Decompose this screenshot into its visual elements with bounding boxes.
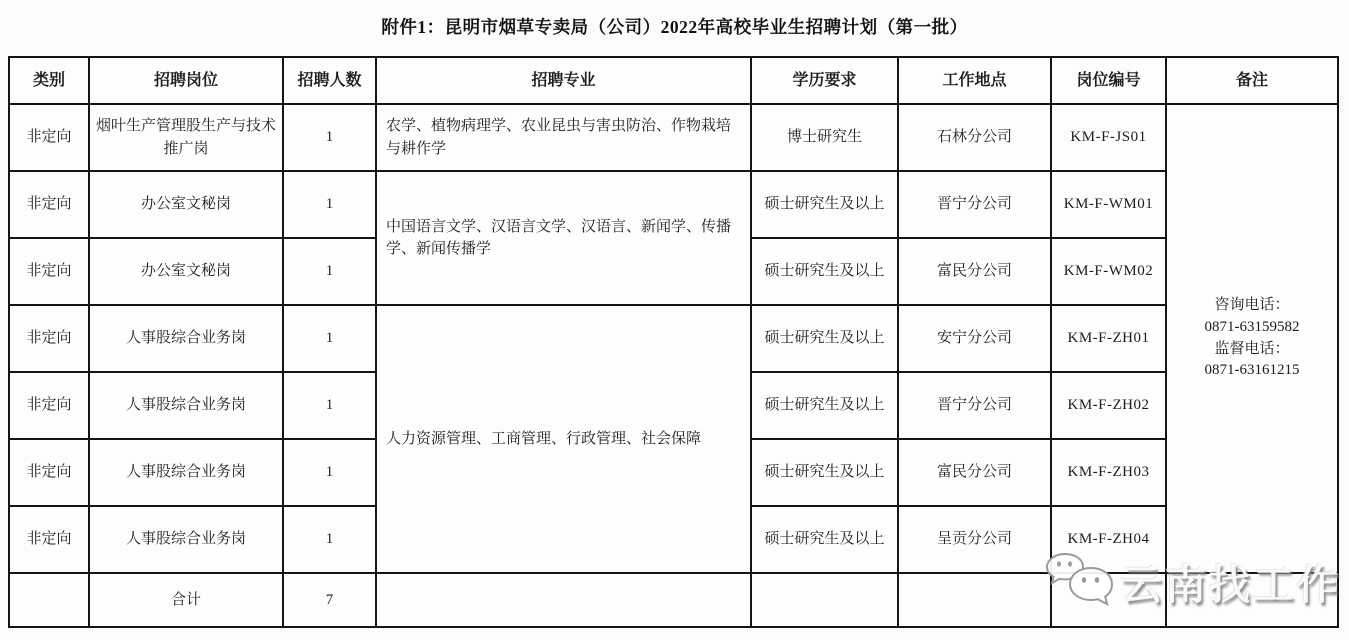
header-location: 工作地点 — [898, 57, 1051, 104]
cell-location: 富民分公司 — [898, 238, 1051, 305]
header-major: 招聘专业 — [376, 57, 751, 104]
remark-line: 咨询电话： — [1171, 295, 1333, 317]
chat-bubbles-icon — [1043, 550, 1117, 612]
cell-location: 呈贡分公司 — [898, 506, 1051, 573]
cell-count: 1 — [283, 171, 376, 238]
cell-education: 硕士研究生及以上 — [751, 238, 898, 305]
cell-major-empty — [376, 573, 751, 627]
cell-location: 石林分公司 — [898, 104, 1051, 171]
header-count: 招聘人数 — [283, 57, 376, 104]
cell-education: 硕士研究生及以上 — [751, 171, 898, 238]
cell-count: 1 — [283, 104, 376, 171]
cell-category: 非定向 — [9, 238, 89, 305]
cell-position: 办公室文秘岗 — [89, 238, 283, 305]
cell-position: 办公室文秘岗 — [89, 171, 283, 238]
cell-location: 富民分公司 — [898, 439, 1051, 506]
page-title: 附件1：昆明市烟草专卖局（公司）2022年高校毕业生招聘计划（第一批） — [0, 14, 1349, 39]
header-code: 岗位编号 — [1051, 57, 1166, 104]
cell-location-empty — [898, 573, 1051, 627]
cell-count: 1 — [283, 238, 376, 305]
cell-code: KM-F-ZH03 — [1051, 439, 1166, 506]
table-row: 非定向 人事股综合业务岗 1 人力资源管理、工商管理、行政管理、社会保障 硕士研… — [9, 305, 1338, 372]
cell-category: 非定向 — [9, 104, 89, 171]
cell-total-value: 7 — [283, 573, 376, 627]
cell-category: 非定向 — [9, 372, 89, 439]
cell-education: 硕士研究生及以上 — [751, 506, 898, 573]
cell-location: 安宁分公司 — [898, 305, 1051, 372]
cell-position: 人事股综合业务岗 — [89, 506, 283, 573]
table-row: 非定向 办公室文秘岗 1 中国语言文学、汉语言文学、汉语言、新闻学、传播学、新闻… — [9, 171, 1338, 238]
cell-education: 博士研究生 — [751, 104, 898, 171]
remark-line: 0871-63161215 — [1171, 360, 1333, 382]
cell-category: 非定向 — [9, 506, 89, 573]
cell-category: 非定向 — [9, 305, 89, 372]
cell-remark: 咨询电话： 0871-63159582 监督电话： 0871-63161215 — [1166, 104, 1338, 573]
remark-line: 监督电话： — [1171, 339, 1333, 361]
cell-count: 1 — [283, 305, 376, 372]
cell-count: 1 — [283, 372, 376, 439]
cell-category: 非定向 — [9, 439, 89, 506]
cell-education: 硕士研究生及以上 — [751, 372, 898, 439]
cell-position: 人事股综合业务岗 — [89, 372, 283, 439]
table-header-row: 类别 招聘岗位 招聘人数 招聘专业 学历要求 工作地点 岗位编号 备注 — [9, 57, 1338, 104]
cell-total-label: 合计 — [89, 573, 283, 627]
remark-line: 0871-63159582 — [1171, 317, 1333, 339]
cell-education: 硕士研究生及以上 — [751, 305, 898, 372]
watermark: 云南找工作 — [1043, 550, 1341, 612]
header-education: 学历要求 — [751, 57, 898, 104]
cell-location: 晋宁分公司 — [898, 171, 1051, 238]
header-category: 类别 — [9, 57, 89, 104]
cell-position: 人事股综合业务岗 — [89, 305, 283, 372]
remark-contact-block: 咨询电话： 0871-63159582 监督电话： 0871-63161215 — [1171, 295, 1333, 382]
header-position: 招聘岗位 — [89, 57, 283, 104]
cell-major: 农学、植物病理学、农业昆虫与害虫防治、作物栽培与耕作学 — [376, 104, 751, 171]
cell-education-empty — [751, 573, 898, 627]
cell-major: 人力资源管理、工商管理、行政管理、社会保障 — [376, 305, 751, 573]
header-remark: 备注 — [1166, 57, 1338, 104]
recruitment-table: 类别 招聘岗位 招聘人数 招聘专业 学历要求 工作地点 岗位编号 备注 非定向 … — [8, 56, 1339, 628]
cell-code: KM-F-ZH02 — [1051, 372, 1166, 439]
cell-code: KM-F-ZH01 — [1051, 305, 1166, 372]
cell-position: 人事股综合业务岗 — [89, 439, 283, 506]
cell-count: 1 — [283, 506, 376, 573]
cell-code: KM-F-WM02 — [1051, 238, 1166, 305]
cell-code: KM-F-JS01 — [1051, 104, 1166, 171]
cell-count: 1 — [283, 439, 376, 506]
cell-category-empty — [9, 573, 89, 627]
table-row: 非定向 烟叶生产管理股生产与技术推广岗 1 农学、植物病理学、农业昆虫与害虫防治… — [9, 104, 1338, 171]
watermark-text: 云南找工作 — [1121, 552, 1341, 611]
cell-category: 非定向 — [9, 171, 89, 238]
cell-location: 晋宁分公司 — [898, 372, 1051, 439]
cell-education: 硕士研究生及以上 — [751, 439, 898, 506]
cell-major: 中国语言文学、汉语言文学、汉语言、新闻学、传播学、新闻传播学 — [376, 171, 751, 305]
cell-code: KM-F-WM01 — [1051, 171, 1166, 238]
cell-position: 烟叶生产管理股生产与技术推广岗 — [89, 104, 283, 171]
